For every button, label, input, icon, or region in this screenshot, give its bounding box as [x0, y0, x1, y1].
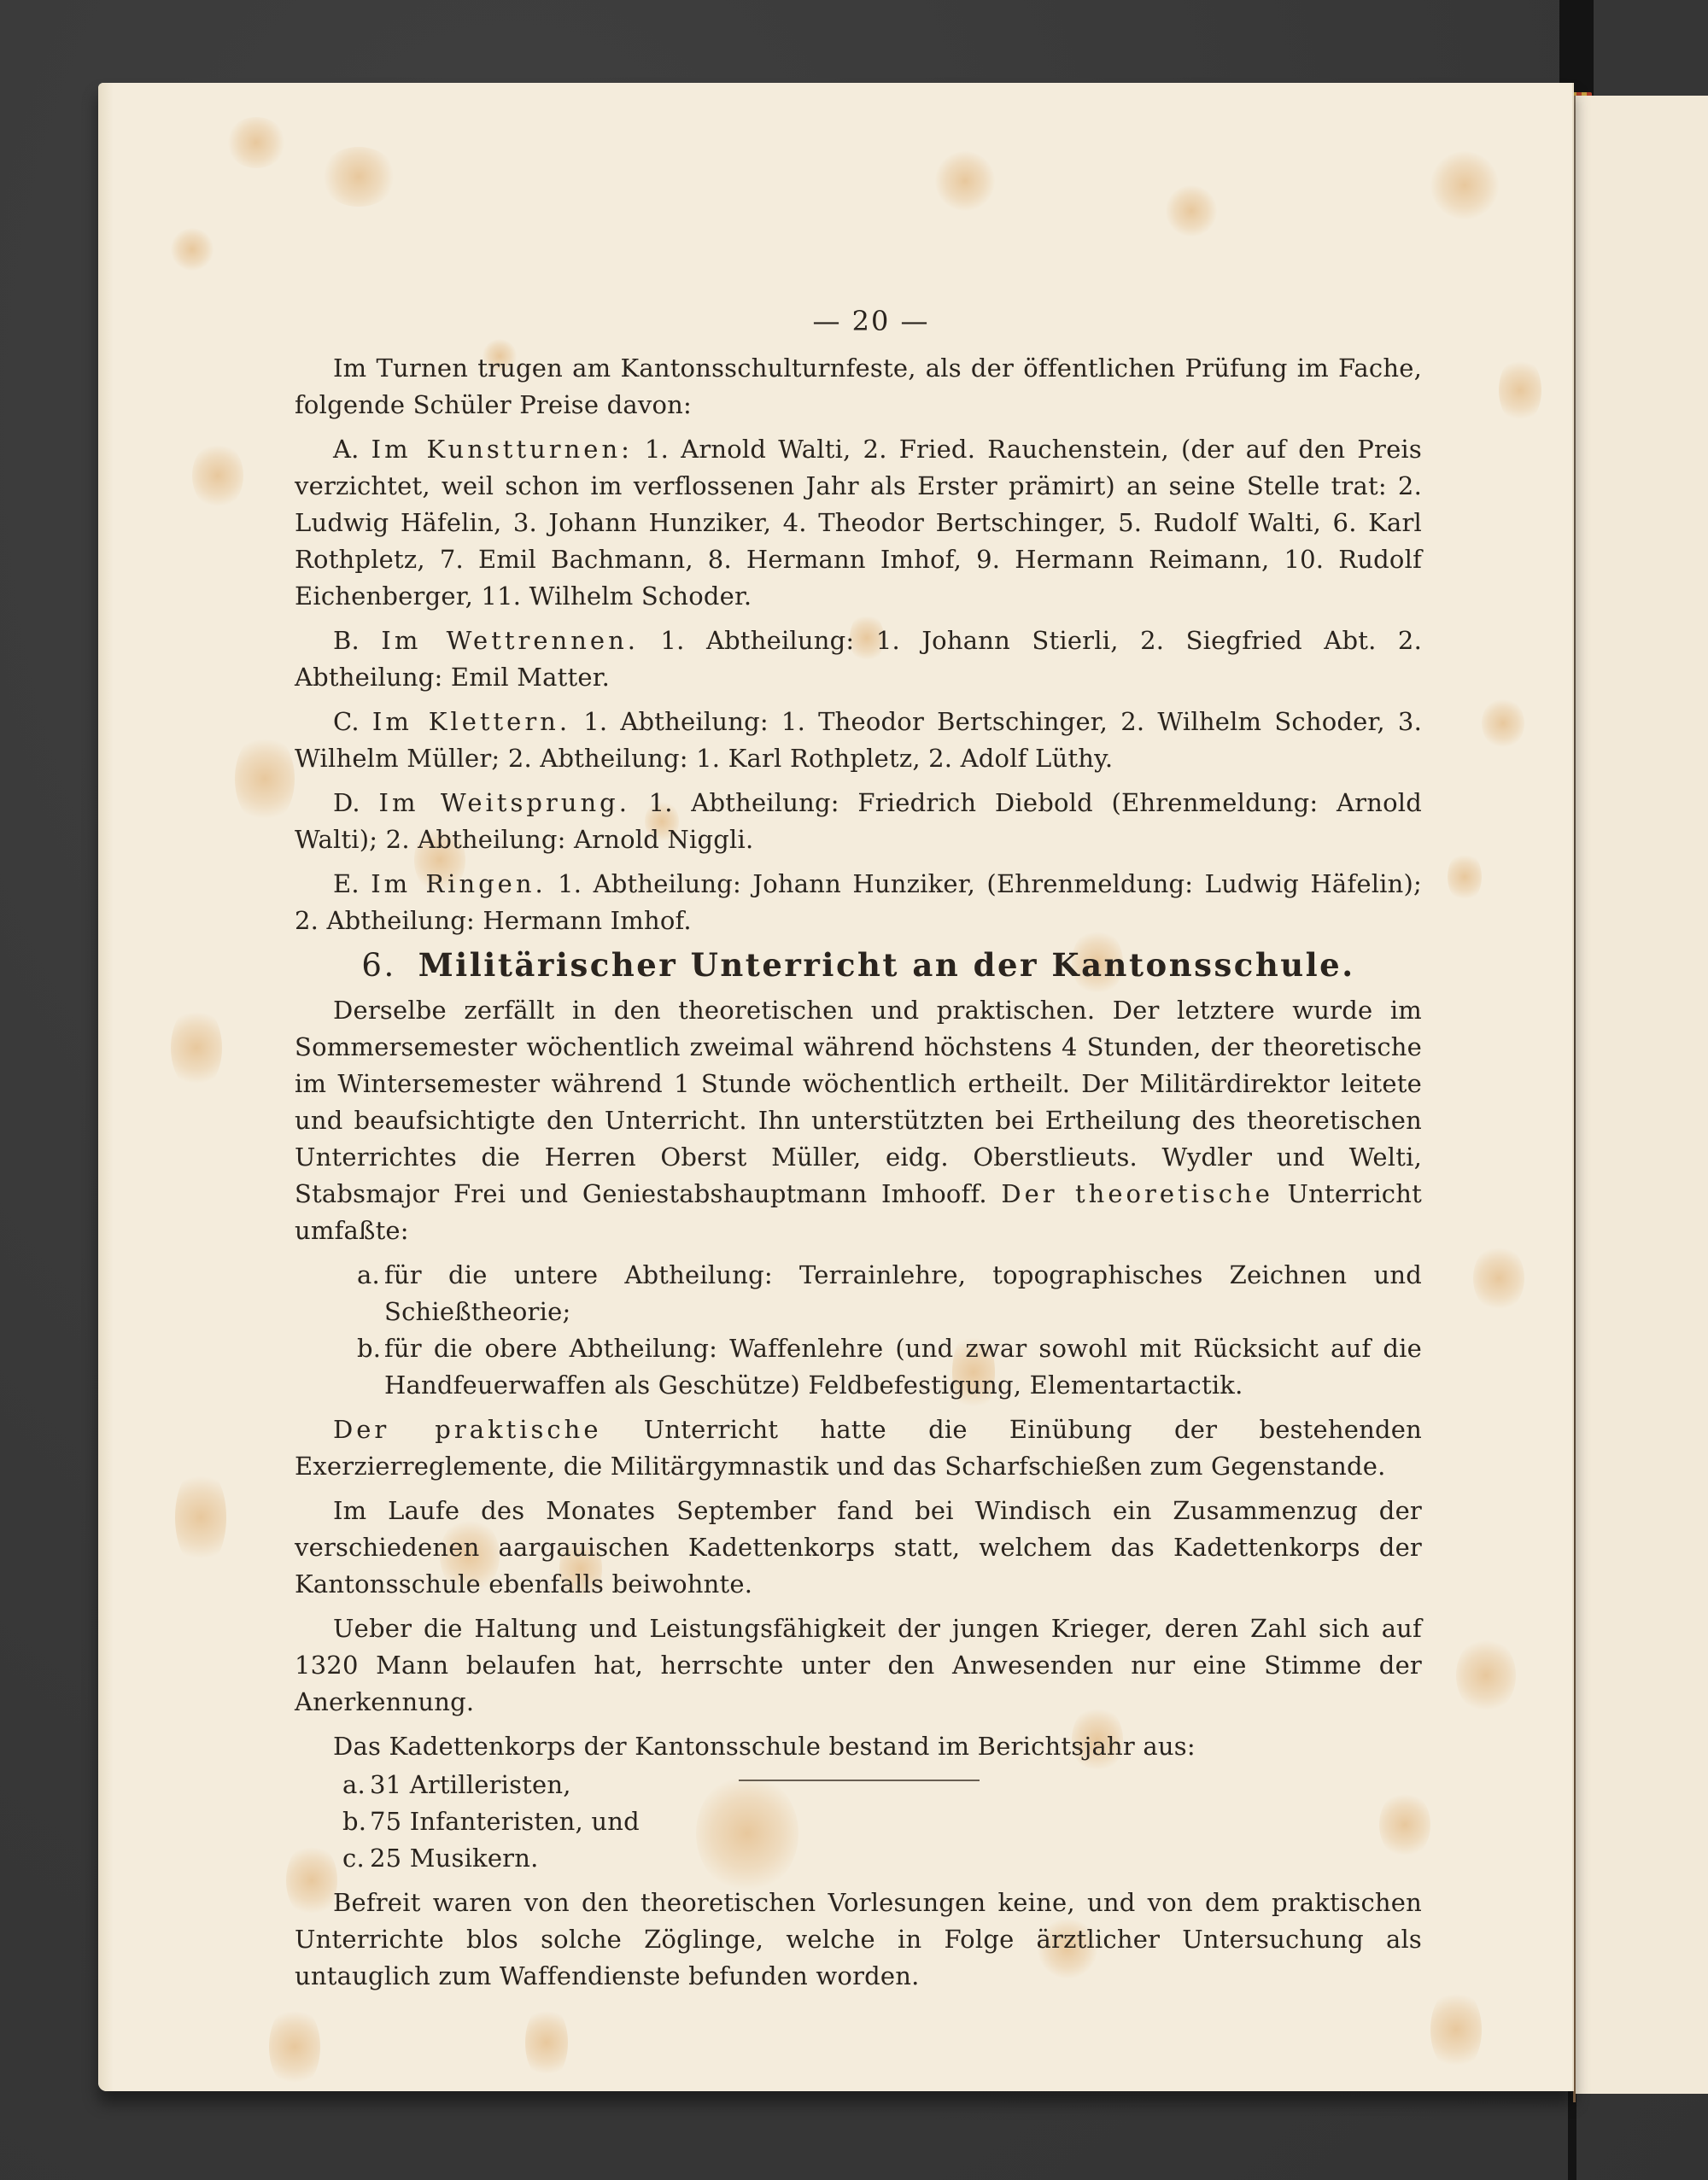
- facing-page-edge: [1576, 96, 1708, 2094]
- foxing-stain: [935, 151, 995, 211]
- prize-discipline: Im Klettern.: [372, 707, 570, 736]
- page-content: — 20 — Im Turnen trugen am Kantonsschult…: [295, 303, 1422, 2002]
- list-marker: b.: [342, 1803, 370, 1840]
- foxing-stain: [1456, 1637, 1516, 1714]
- prize-letter: B.: [333, 626, 360, 655]
- list-item: b.für die obere Abtheilung: Waffenlehre …: [295, 1330, 1422, 1404]
- list-marker: a.: [357, 1257, 384, 1294]
- foxing-stain: [269, 2004, 320, 2089]
- military-intro-paragraph: Derselbe zerfällt in den theoretischen u…: [295, 992, 1422, 1249]
- emphasized-text: Der theoretische: [1001, 1179, 1273, 1208]
- windisch-paragraph: Im Laufe des Monates September fand bei …: [295, 1493, 1422, 1603]
- prize-entry-e: E. Im Ringen. 1. Abtheilung: Johann Hunz…: [295, 866, 1422, 939]
- intro-paragraph: Im Turnen trugen am Kantonsschulturnfest…: [295, 350, 1422, 424]
- foxing-stain: [1473, 1244, 1524, 1312]
- paragraph-text: Derselbe zerfällt in den theoretischen u…: [295, 996, 1422, 1208]
- prize-letter: E.: [333, 869, 360, 898]
- list-item-text: 25 Musikern.: [370, 1844, 539, 1873]
- foxing-stain: [1448, 851, 1482, 903]
- theory-curriculum-list: a.für die untere Abtheilung: Terrainlehr…: [295, 1257, 1422, 1404]
- prize-entry-a: A. Im Kunstturnen: 1. Arnold Walti, 2. F…: [295, 431, 1422, 615]
- list-item: a.31 Artilleristen,: [295, 1767, 1422, 1803]
- list-marker: c.: [342, 1840, 370, 1877]
- section-number: 6.: [361, 947, 395, 984]
- list-item: b.75 Infanteristen, und: [295, 1803, 1422, 1840]
- list-item-text: für die obere Abtheilung: Waffenlehre (u…: [384, 1334, 1422, 1400]
- list-item-text: 31 Artilleristen,: [370, 1770, 571, 1799]
- list-item-text: für die untere Abtheilung: Terrainlehre,…: [384, 1260, 1422, 1326]
- prize-entry-d: D. Im Weitsprung. 1. Abtheilung: Friedri…: [295, 785, 1422, 858]
- prize-discipline: Im Weitsprung.: [379, 788, 630, 817]
- prize-discipline: Im Kunstturnen:: [371, 435, 633, 464]
- prize-entry-c: C. Im Klettern. 1. Abtheilung: 1. Theodo…: [295, 704, 1422, 777]
- foxing-stain: [1499, 356, 1541, 424]
- list-marker: a.: [342, 1767, 370, 1803]
- foxing-stain: [226, 117, 286, 168]
- prize-letter: C.: [333, 707, 360, 736]
- foxing-stain: [320, 147, 397, 207]
- corps-composition-list: a.31 Artilleristen, b.75 Infanteristen, …: [295, 1767, 1422, 1877]
- list-item: a.für die untere Abtheilung: Terrainlehr…: [295, 1257, 1422, 1330]
- foxing-stain: [171, 228, 213, 271]
- foxing-stain: [1166, 185, 1217, 237]
- foxing-stain: [235, 732, 295, 826]
- corps-composition-paragraph: Das Kadettenkorps der Kantonsschule best…: [295, 1728, 1422, 1765]
- foxing-stain: [1430, 1987, 1482, 2072]
- page-number: — 20 —: [320, 303, 1422, 340]
- prize-discipline: Im Wettrennen.: [381, 626, 639, 655]
- exemptions-paragraph: Befreit waren von den theoretischen Vorl…: [295, 1885, 1422, 1995]
- practical-paragraph: Der praktische Unterricht hatte die Einü…: [295, 1411, 1422, 1485]
- foxing-stain: [175, 1466, 226, 1569]
- foxing-stain: [525, 2004, 568, 2081]
- prize-discipline: Im Ringen.: [371, 869, 547, 898]
- prize-letter: A.: [333, 435, 360, 464]
- prize-entry-b: B. Im Wettrennen. 1. Abtheilung: 1. Joha…: [295, 622, 1422, 696]
- foxing-stain: [192, 441, 243, 510]
- section-title: Militärischer Unterricht an der Kantonss…: [418, 946, 1355, 984]
- list-item-text: 75 Infanteristen, und: [370, 1807, 640, 1836]
- foxing-stain: [171, 1005, 222, 1090]
- list-marker: b.: [357, 1330, 384, 1367]
- foxing-stain: [1430, 151, 1499, 219]
- prize-letter: D.: [333, 788, 360, 817]
- list-item: c.25 Musikern.: [295, 1840, 1422, 1877]
- assessment-paragraph: Ueber die Haltung und Leistungsfähigkeit…: [295, 1610, 1422, 1721]
- foxing-stain: [1482, 698, 1524, 749]
- section-heading: 6.Militärischer Unterricht an der Kanton…: [295, 947, 1422, 984]
- emphasized-text: Der praktische: [333, 1415, 601, 1444]
